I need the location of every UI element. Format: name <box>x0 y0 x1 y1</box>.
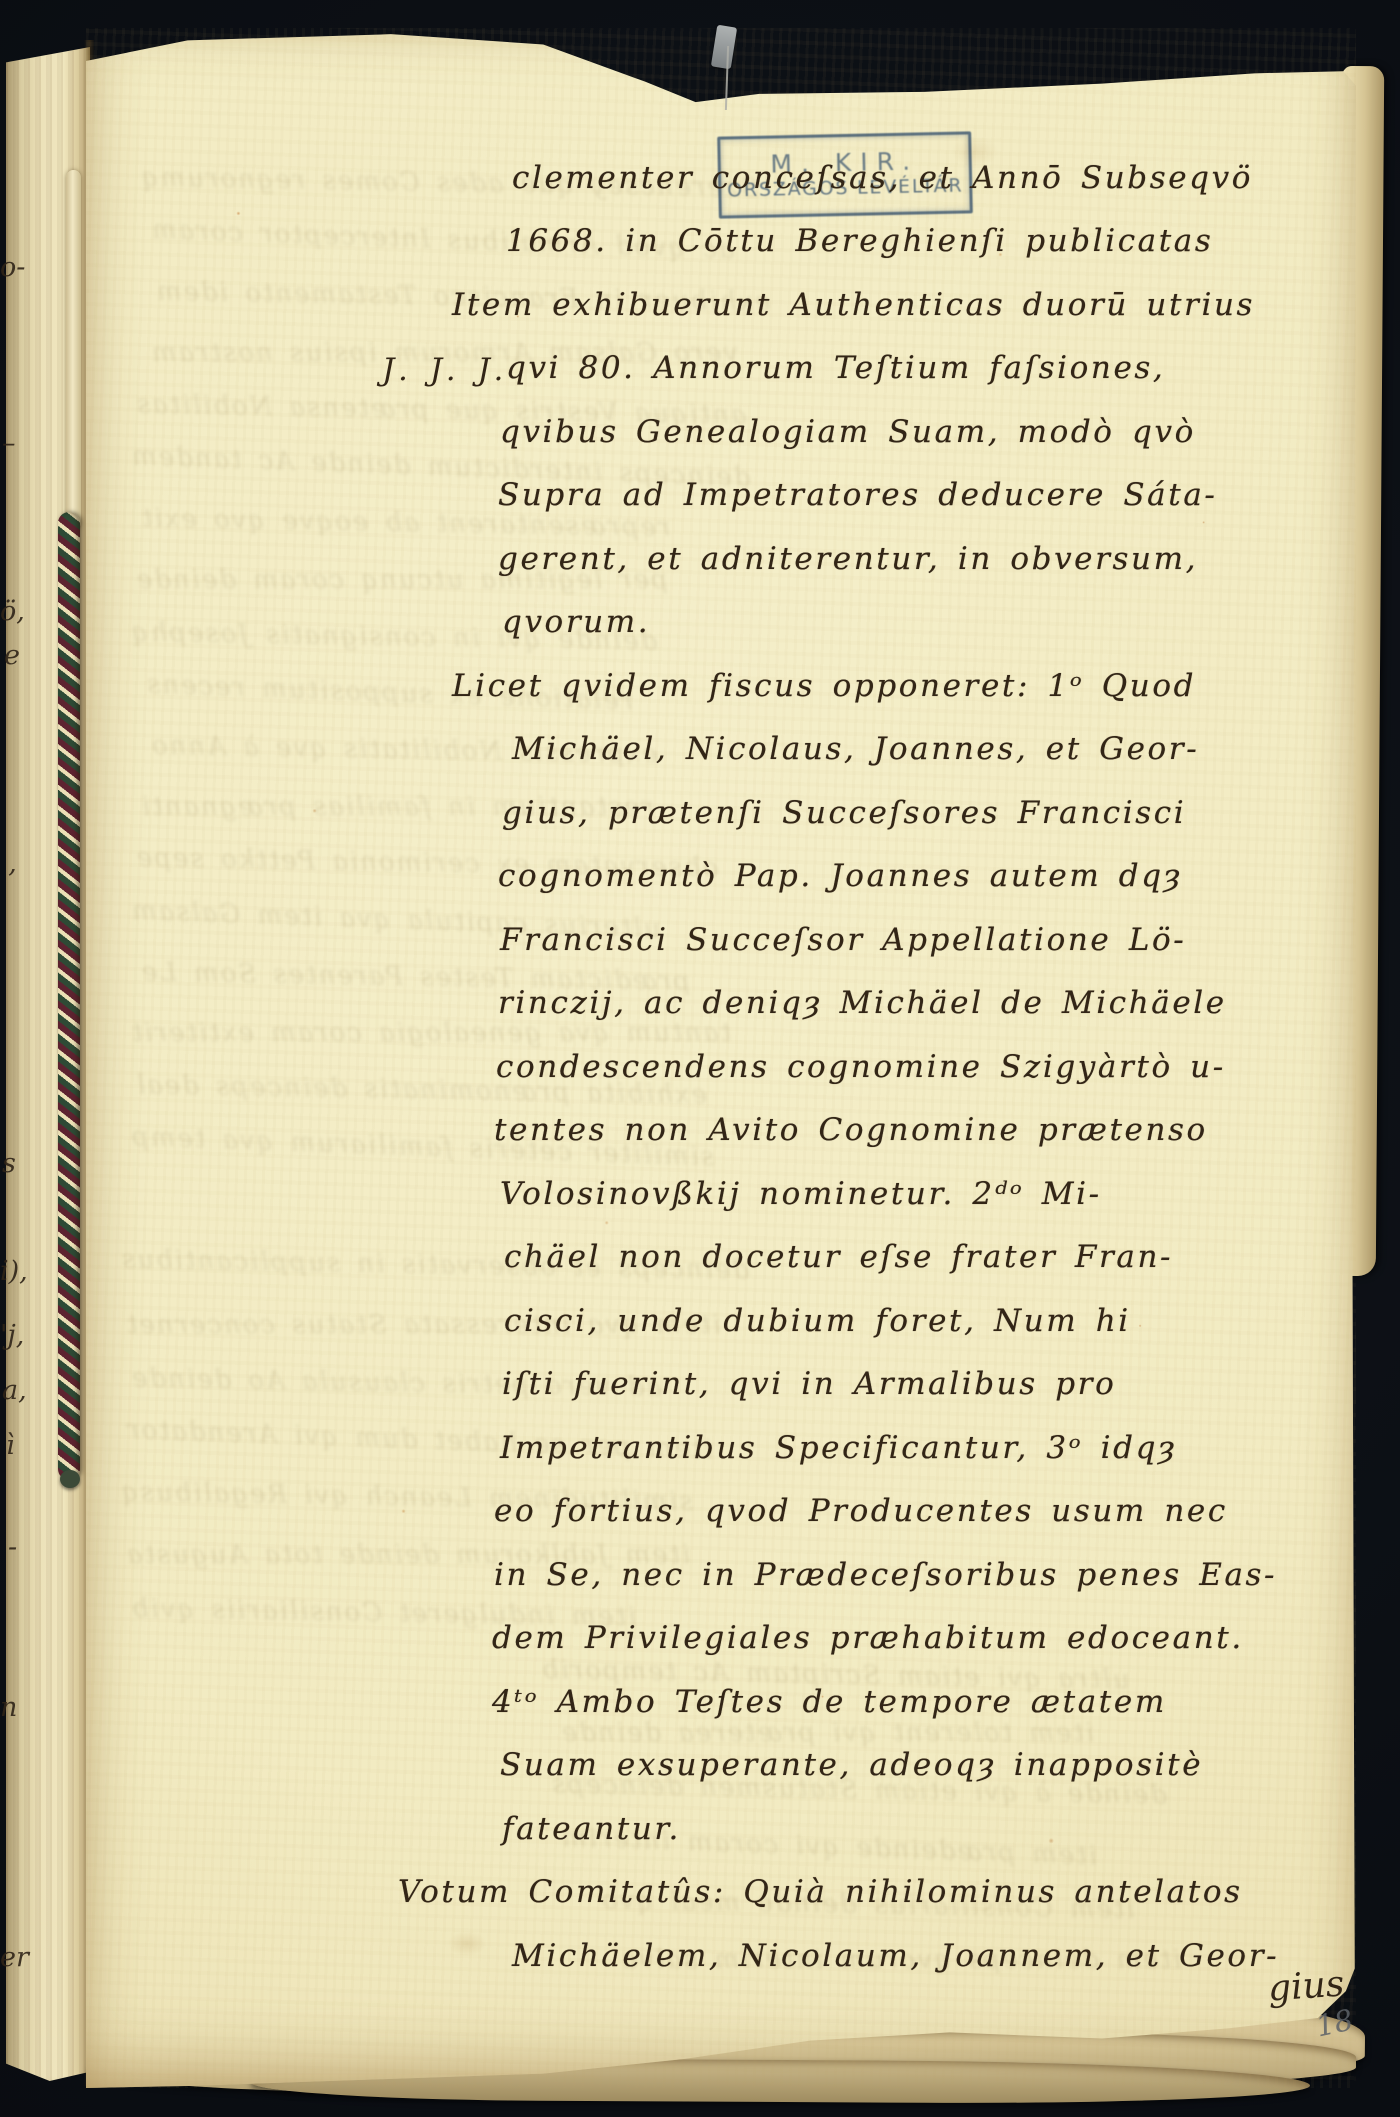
margin-fragment: i), <box>0 1256 28 1287</box>
catchword: gius <box>1267 1963 1346 2009</box>
marginal-mark-jjj: J. J. J. <box>382 352 509 388</box>
margin-fragment: e <box>4 640 20 671</box>
margin-fragment: ì <box>6 1430 15 1461</box>
margin-fragment: ö, <box>0 596 25 627</box>
margin-fragment: s <box>2 1148 16 1179</box>
margin-fragment: 'j, <box>0 1320 24 1351</box>
margin-fragment: ‚ <box>8 848 17 879</box>
margin-fragment: er <box>0 1942 29 1973</box>
margin-fragments-layer: o-–ö,e‚si),'j,a,ì-ner <box>0 0 1400 2117</box>
margin-fragment: - <box>8 1532 17 1563</box>
margin-fragment: n <box>0 1692 17 1723</box>
margin-fragment: a, <box>2 1375 27 1406</box>
margin-fragment: o- <box>0 252 25 283</box>
margin-fragment: – <box>2 428 16 459</box>
archive-photo: { "stamp": { "line1": "M. KIR.", "line2"… <box>0 0 1400 2117</box>
